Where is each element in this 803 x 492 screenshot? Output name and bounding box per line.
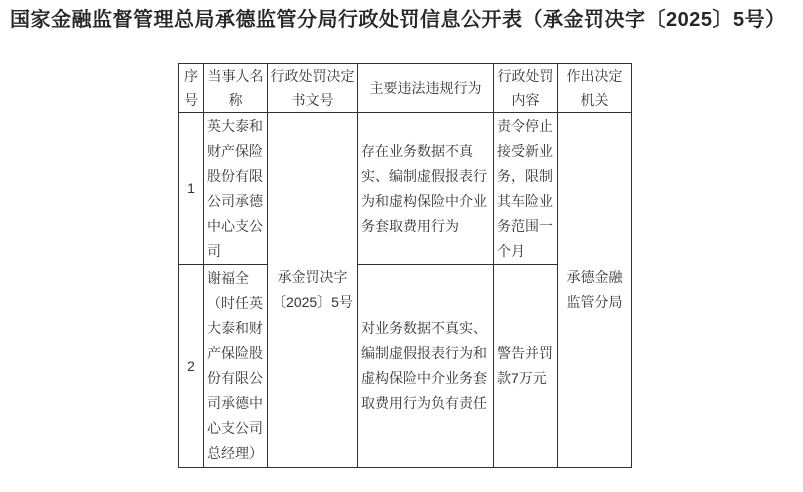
header-party-name: 当事人名 称 (204, 64, 268, 113)
penalty-table: 序 号 当事人名 称 行政处罚决定 书文号 主要违法违规行为 行政处罚 内容 作… (178, 63, 632, 468)
cell-index: 2 (179, 265, 204, 468)
cell-violation: 对业务数据不真实、 编制虚假报表行为和 虚构保险中介业务套 取费用行为负有责任 (358, 265, 494, 468)
header-violation: 主要违法违规行为 (358, 64, 494, 113)
cell-party-name: 谢福全 （时任英 大泰和财 产保险股 份有限公 司承德中 心支公司 总经理） (204, 265, 268, 468)
cell-index: 1 (179, 113, 204, 265)
cell-penalty: 责令停止 接受新业 务，限制 其车险业 务范围一 个月 (494, 113, 558, 265)
cell-authority: 承德金融 监管分局 (558, 113, 632, 468)
cell-violation: 存在业务数据不真 实、编制虚假报表行 为和虚构保险中介业 务套取费用行为 (358, 113, 494, 265)
header-index: 序 号 (179, 64, 204, 113)
table-row: 1 英大泰和 财产保险 股份有限 公司承德 中心支公 司 承金罚决字 〔2025… (179, 113, 632, 265)
header-penalty: 行政处罚 内容 (494, 64, 558, 113)
header-decision-doc-no: 行政处罚决定 书文号 (268, 64, 358, 113)
table-header-row: 序 号 当事人名 称 行政处罚决定 书文号 主要违法违规行为 行政处罚 内容 作… (179, 64, 632, 113)
cell-party-name: 英大泰和 财产保险 股份有限 公司承德 中心支公 司 (204, 113, 268, 265)
cell-decision-doc-no: 承金罚决字 〔2025〕5号 (268, 113, 358, 468)
page-title: 国家金融监督管理总局承德监管分局行政处罚信息公开表（承金罚决字〔2025〕5号） (10, 8, 786, 32)
cell-penalty: 警告并罚 款7万元 (494, 265, 558, 468)
header-authority: 作出决定 机关 (558, 64, 632, 113)
